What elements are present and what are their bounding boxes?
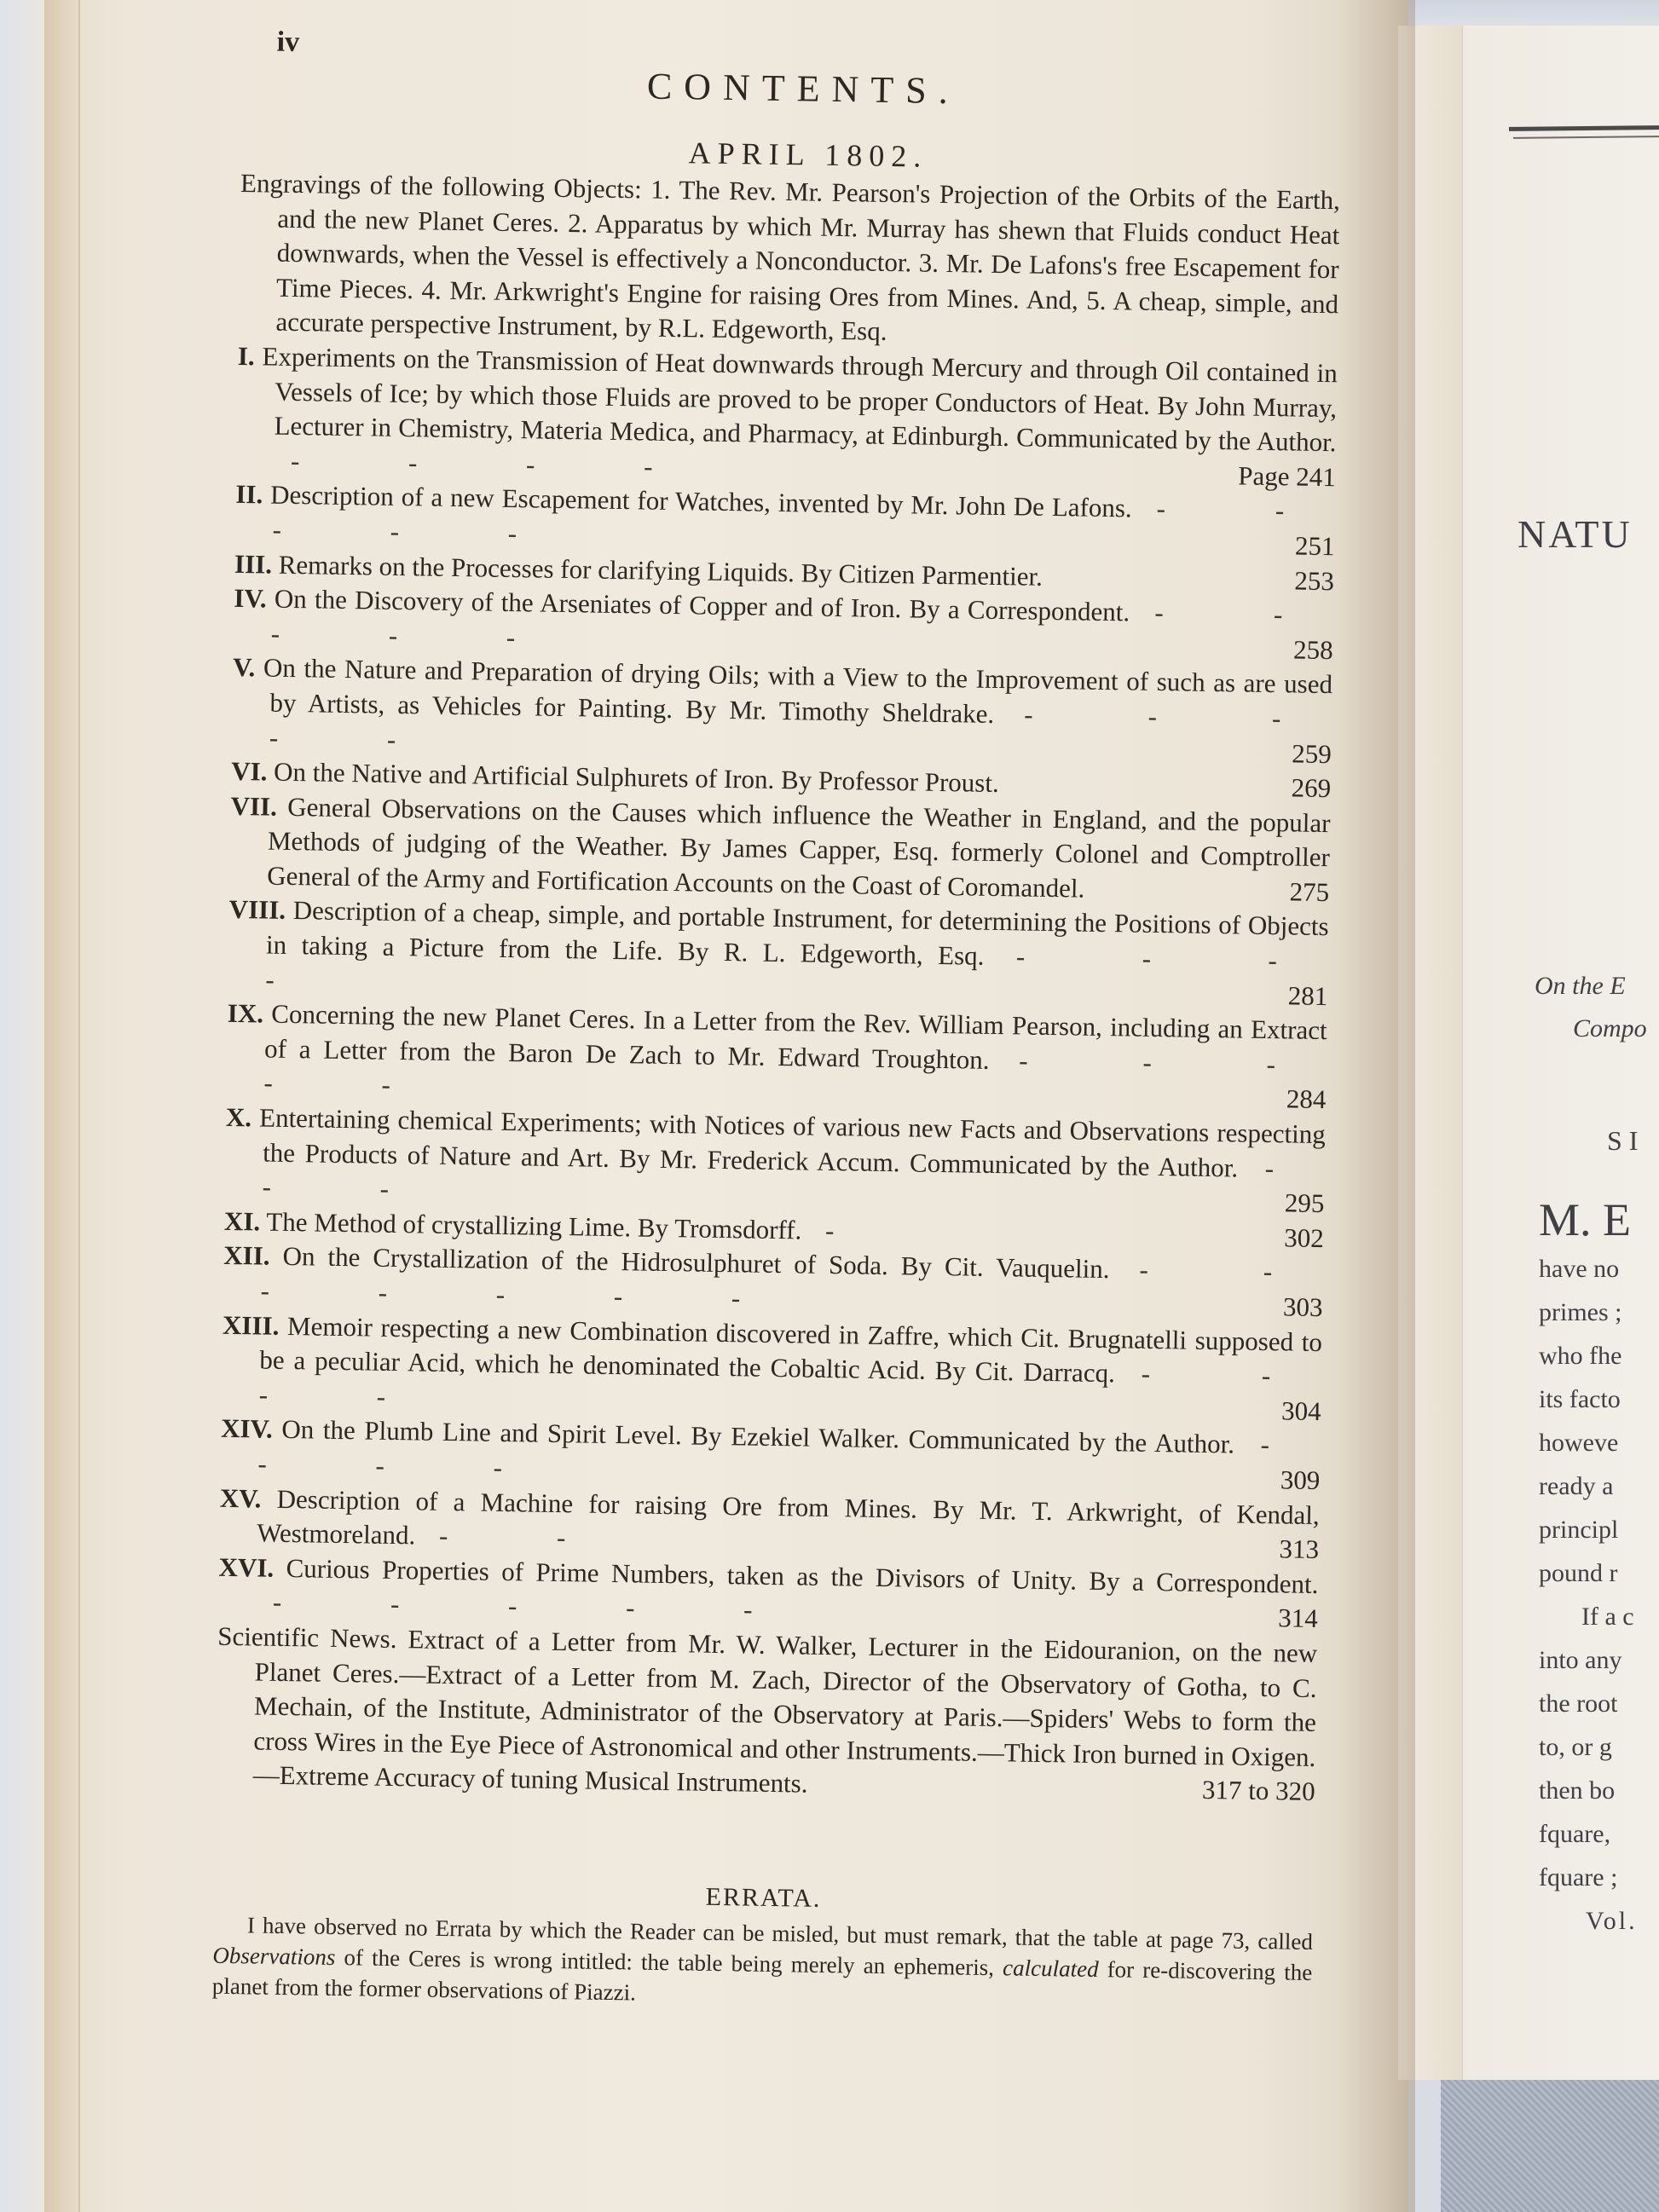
entry-number: XV. bbox=[220, 1482, 262, 1513]
entry-number: VI. bbox=[231, 756, 268, 787]
body-line: If a c bbox=[1581, 1603, 1659, 1632]
entry-number: XIV. bbox=[221, 1413, 273, 1444]
body-line: howeve bbox=[1539, 1429, 1659, 1458]
entry-page: 259 bbox=[1292, 736, 1332, 771]
right-page bbox=[1398, 26, 1659, 2080]
entry-page: 304 bbox=[1281, 1394, 1321, 1429]
entry-page: Page 241 bbox=[1238, 459, 1336, 494]
toc-entry: V. On the Nature and Preparation of dryi… bbox=[232, 650, 1333, 771]
entry-number: IX. bbox=[228, 998, 264, 1029]
page-title: CONTENTS. bbox=[647, 64, 961, 113]
entry-page: 284 bbox=[1286, 1083, 1327, 1118]
dot-leaders: - - bbox=[422, 1521, 617, 1554]
errata-text: I have observed no Errata by which the R… bbox=[212, 1909, 1314, 2019]
entry-number: X. bbox=[226, 1102, 252, 1132]
toc-entry: VII. General Observations on the Causes … bbox=[229, 789, 1331, 910]
toc-entry-engravings: Engravings of the following Objects: 1. … bbox=[238, 166, 1340, 356]
toc-entry: X. Entertaining chemical Experiments; wi… bbox=[224, 1100, 1326, 1222]
dot-leaders: - - - - bbox=[274, 445, 704, 482]
subheading-line-2: Compo bbox=[1573, 1014, 1659, 1043]
body-line: pound r bbox=[1539, 1559, 1659, 1588]
entry-number: VII. bbox=[230, 791, 277, 822]
toc-entry-scientific-news: Scientific News. Extract of a Letter fro… bbox=[215, 1620, 1317, 1810]
entry-number: XII. bbox=[223, 1240, 270, 1271]
errata-italic: Observations bbox=[212, 1943, 335, 1970]
entry-page: 309 bbox=[1280, 1463, 1321, 1498]
signature-mark: Vol. bbox=[1586, 1907, 1659, 1936]
entry-number: II. bbox=[235, 479, 263, 509]
toc-entry: VIII. Description of a cheap, simple, an… bbox=[228, 892, 1329, 1014]
entry-text: Engravings of the following Objects: 1. … bbox=[240, 168, 1340, 346]
subheading-line-1: On the E bbox=[1535, 972, 1659, 1001]
entry-text: The Method of crystallizing Lime. By Tro… bbox=[266, 1206, 801, 1245]
toc-entry: IX. Concerning the new Planet Ceres. In … bbox=[226, 996, 1327, 1118]
page-edge bbox=[44, 0, 80, 2212]
drop-cap-line: M. E bbox=[1539, 1193, 1659, 1246]
entry-page: 253 bbox=[1294, 563, 1334, 598]
dot-leaders: - - - - - bbox=[256, 1587, 804, 1626]
gutter-shadow bbox=[1338, 0, 1415, 2212]
toc-entry: XIII. Memoir respecting a new Combinatio… bbox=[221, 1308, 1322, 1429]
fabric-background bbox=[1441, 2080, 1659, 2212]
entry-page: 269 bbox=[1291, 771, 1331, 806]
entry-text: Scientific News. Extract of a Letter fro… bbox=[217, 1621, 1317, 1799]
entry-page: 317 to 320 bbox=[1202, 1773, 1315, 1810]
heading-fragment: NATU bbox=[1517, 511, 1659, 557]
body-line: who fhe bbox=[1539, 1342, 1659, 1371]
body-line: fquare ; bbox=[1539, 1863, 1659, 1892]
body-line: ready a bbox=[1539, 1472, 1659, 1501]
body-line: then bo bbox=[1539, 1776, 1659, 1805]
body-line: into any bbox=[1539, 1646, 1659, 1675]
body-line: fquare, bbox=[1539, 1820, 1659, 1849]
entry-page: 303 bbox=[1283, 1290, 1323, 1325]
entry-text: Experiments on the Transmission of Heat … bbox=[262, 341, 1338, 457]
entry-number: VIII. bbox=[228, 894, 286, 925]
backdrop-left bbox=[0, 0, 44, 2212]
body-line: to, or g bbox=[1539, 1733, 1659, 1762]
entry-page: 258 bbox=[1293, 632, 1333, 667]
entry-page: 275 bbox=[1289, 875, 1329, 910]
errata-text-part: of the Ceres is wrong intitled: the tabl… bbox=[335, 1944, 1003, 1980]
table-of-contents: Engravings of the following Objects: 1. … bbox=[215, 166, 1340, 1810]
entry-page: 314 bbox=[1278, 1602, 1318, 1637]
entry-text: Entertaining chemical Experiments; with … bbox=[259, 1102, 1326, 1182]
entry-number: XVI. bbox=[218, 1552, 274, 1583]
entry-page: 302 bbox=[1284, 1221, 1324, 1256]
entry-page: 251 bbox=[1295, 528, 1335, 563]
toc-entry: I. Experiments on the Transmission of He… bbox=[236, 339, 1338, 495]
body-line: primes ; bbox=[1539, 1298, 1659, 1327]
body-line: have no bbox=[1539, 1255, 1659, 1284]
entry-page: 295 bbox=[1285, 1187, 1325, 1222]
entry-number: I. bbox=[238, 341, 255, 371]
page-folio: iv bbox=[276, 26, 299, 59]
salutation: SI bbox=[1607, 1125, 1659, 1157]
errata-italic: calculated bbox=[1003, 1955, 1099, 1982]
body-line: the root bbox=[1539, 1689, 1659, 1718]
entry-number: V. bbox=[233, 652, 256, 682]
issue-date: APRIL 1802. bbox=[688, 135, 928, 174]
entry-number: XI. bbox=[224, 1206, 261, 1237]
entry-number: XIII. bbox=[223, 1309, 280, 1340]
body-line: its facto bbox=[1539, 1385, 1659, 1414]
body-line: principl bbox=[1539, 1516, 1659, 1545]
entry-number: IV. bbox=[234, 583, 267, 614]
entry-number: III. bbox=[234, 548, 272, 579]
entry-page: 313 bbox=[1279, 1532, 1319, 1567]
dot-leaders: - bbox=[808, 1215, 886, 1245]
entry-page: 281 bbox=[1287, 979, 1327, 1014]
entry-text: General Observations on the Causes which… bbox=[267, 792, 1331, 904]
